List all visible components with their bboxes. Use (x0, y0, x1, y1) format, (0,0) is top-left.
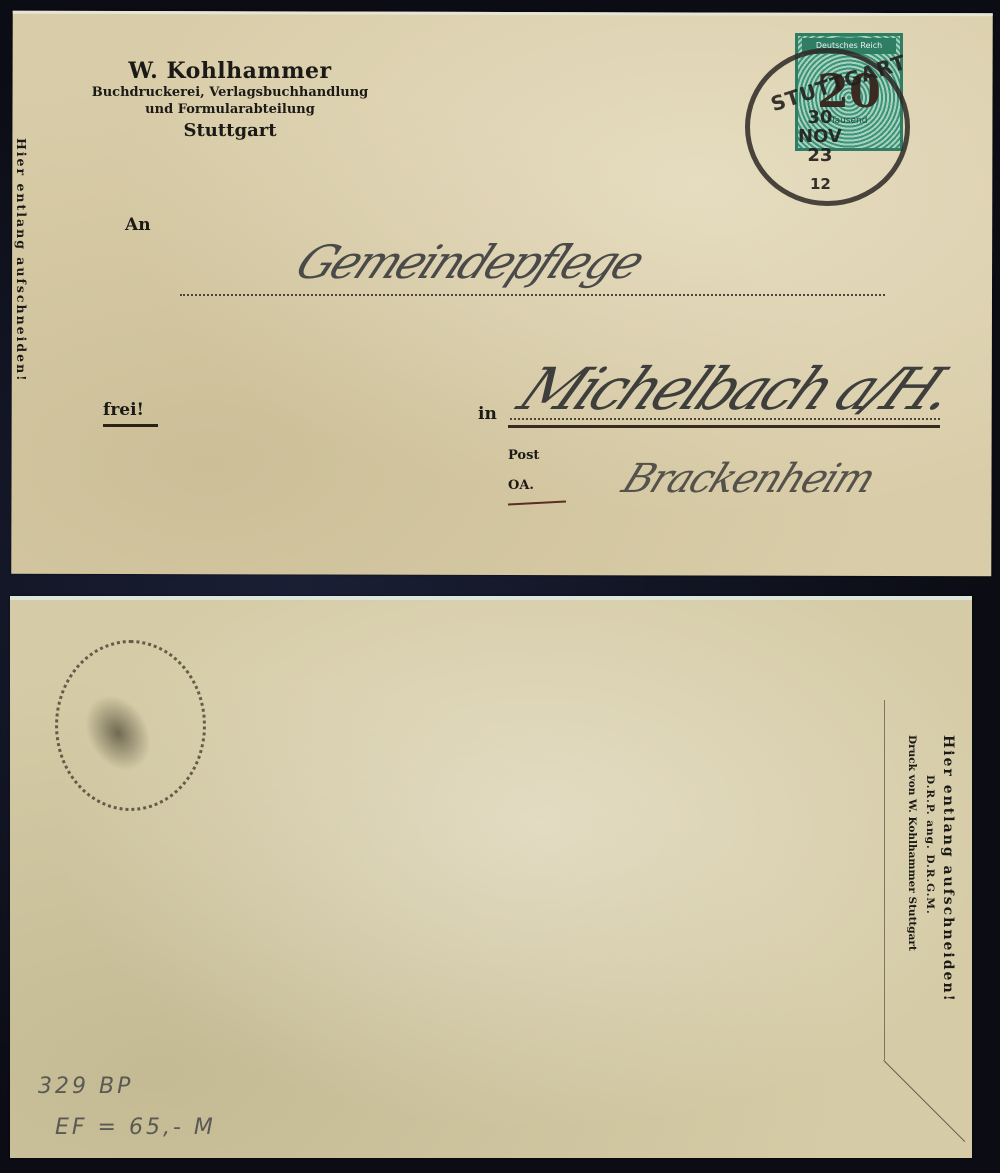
postmark-day: 30 (798, 108, 842, 127)
pencil-note-catalog: 329 BP (38, 1074, 133, 1099)
postmark-cancel: STUTTGART 30 NOV 23 12 (745, 48, 910, 206)
city-underline (508, 425, 940, 428)
faint-postmark-backside (55, 640, 206, 811)
postmark-city: STUTTGART (768, 50, 910, 116)
cut-instruction-back-text: Hier entlang aufschneiden! (940, 735, 956, 1003)
sender-business-line-2: und Formularabteilung (50, 101, 410, 118)
in-label: in (478, 404, 497, 424)
sender-city: Stuttgart (50, 120, 410, 141)
postmark-month: NOV (798, 127, 842, 146)
postmark-time: 12 (810, 175, 831, 193)
oa-label: OA. (508, 478, 534, 493)
sender-block: W. Kohlhammer Buchdruckerei, Verlagsbuch… (50, 58, 410, 141)
registration-marks: D.R.P. ang. D.R.G.M. (924, 775, 936, 915)
sender-name: W. Kohlhammer (50, 58, 410, 84)
post-label: Post (508, 448, 539, 463)
an-label: An (125, 215, 151, 235)
addressee-handwriting: Gemeindepflege (287, 235, 651, 289)
cut-instruction-back: Hier entlang aufschneiden! D.R.P. ang. D… (900, 735, 960, 1025)
district-handwriting: Brackenheim (616, 456, 881, 502)
city-handwriting: Michelbach a/H. (507, 355, 967, 423)
frei-label: frei! (103, 400, 144, 420)
frei-underline (103, 424, 158, 427)
printer-credit: Druck von W. Kohlhammer Stuttgart (906, 735, 918, 951)
addressee-dotted-line (180, 294, 885, 296)
postmark-year: 23 (798, 146, 842, 165)
fold-line (884, 700, 885, 1060)
sender-business-line-1: Buchdruckerei, Verlagsbuchhandlung (50, 84, 410, 101)
cut-instruction-front: Hier entlang aufschneiden! (6, 138, 36, 428)
pencil-note-price: EF = 65,- M (55, 1115, 216, 1140)
cut-instruction-text: Hier entlang aufschneiden! (14, 138, 29, 383)
postmark-date: 30 NOV 23 (798, 108, 842, 165)
